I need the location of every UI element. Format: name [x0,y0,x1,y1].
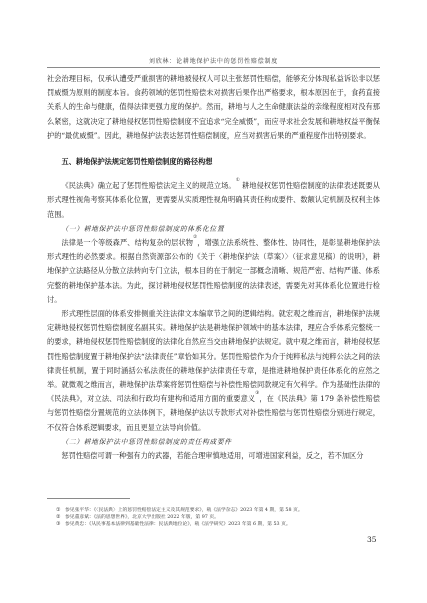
paragraph-liability-elements: 惩罚性赔偿可谓一种强有力的武器，若能合理审慎地适用，可增进国家利益，反之，若不加… [47,449,380,463]
article-body: 社会治理目标，仅承认遭受严重损害的耕地被侵权人可以主张惩罚性赔偿，能够充分体现私… [47,72,380,463]
footnote-ref-1[interactable]: ① [236,178,240,183]
footnote-text: 参见董彦斌：《法的思想世界》，北京大学出版社 2022 年版，第 97 页。 [65,515,219,520]
subsection-heading-2: （二）耕地保护法中惩罚性赔偿制度的责任构成要件 [47,435,380,449]
text: 法律是一个等级森严、结构复杂的层状物 [62,238,194,247]
subsection-heading-1: （一）耕地保护法中惩罚性赔偿制度的体系化位置 [47,222,380,236]
section-heading: 五、耕地保护法规定惩罚性赔偿制度的路径构想 [47,155,380,169]
page-number: 35 [367,535,377,544]
footnote-3: ③参见黄忠：《从民事基本法律到基础性法律：民法典地位论》，载《法学研究》2023… [56,521,376,528]
footnote-text: 参见张平华：《〈民法典〉上的惩罚性赔偿法定主义及其规范要求》，载《法学杂志》20… [65,508,303,513]
text: 《民法典》确立起了惩罚性赔偿法定主义的规范立场。 [62,181,236,190]
header-divider [47,67,380,68]
footnote-ref-3[interactable]: ③ [255,391,259,396]
section-intro-paragraph: 《民法典》确立起了惩罚性赔偿法定主义的规范立场。① 耕地侵权惩罚性赔偿制度的法律… [47,179,380,222]
footnote-1: ①参见张平华：《〈民法典〉上的惩罚性赔偿法定主义及其规范要求》，载《法学杂志》2… [56,507,376,514]
text: ，增强立法系统性、整体性、协同性，是彰显耕地保护法形式理性的必然要求。根据自然资… [47,238,380,304]
paragraph-system-arrangement: 形式理性层面的体系安排侧重关注法律文本编章节之间的逻辑结构。就宏观之维而言，耕地… [47,307,380,435]
footnote-number: ① [56,507,65,514]
footnote-text: 参见黄忠：《从民事基本法律到基础性法律：民法典地位论》，载《法学研究》2023 … [65,522,291,527]
footnote-2: ②参见董彦斌：《法的思想世界》，北京大学出版社 2022 年版，第 97 页。 [56,514,376,521]
footnote-ref-2[interactable]: ② [193,235,197,240]
paragraph-hierarchy: 法律是一个等级森严、结构复杂的层状物②，增强立法系统性、整体性、协同性，是彰显耕… [47,236,380,307]
footnote-number: ③ [56,521,65,528]
text: 形式理性层面的体系安排侧重关注法律文本编章节之间的逻辑结构。就宏观之维而言，耕地… [47,309,380,403]
running-head: 刘欣林：论耕地保护法中的惩罚性赔偿制度 [0,56,427,65]
footnote-number: ② [56,514,65,521]
footnote-divider [47,498,130,499]
paragraph-continued: 社会治理目标，仅承认遭受严重损害的耕地被侵权人可以主张惩罚性赔偿，能够充分体现私… [47,72,380,143]
footnotes: ①参见张平华：《〈民法典〉上的惩罚性赔偿法定主义及其规范要求》，载《法学杂志》2… [56,507,376,528]
